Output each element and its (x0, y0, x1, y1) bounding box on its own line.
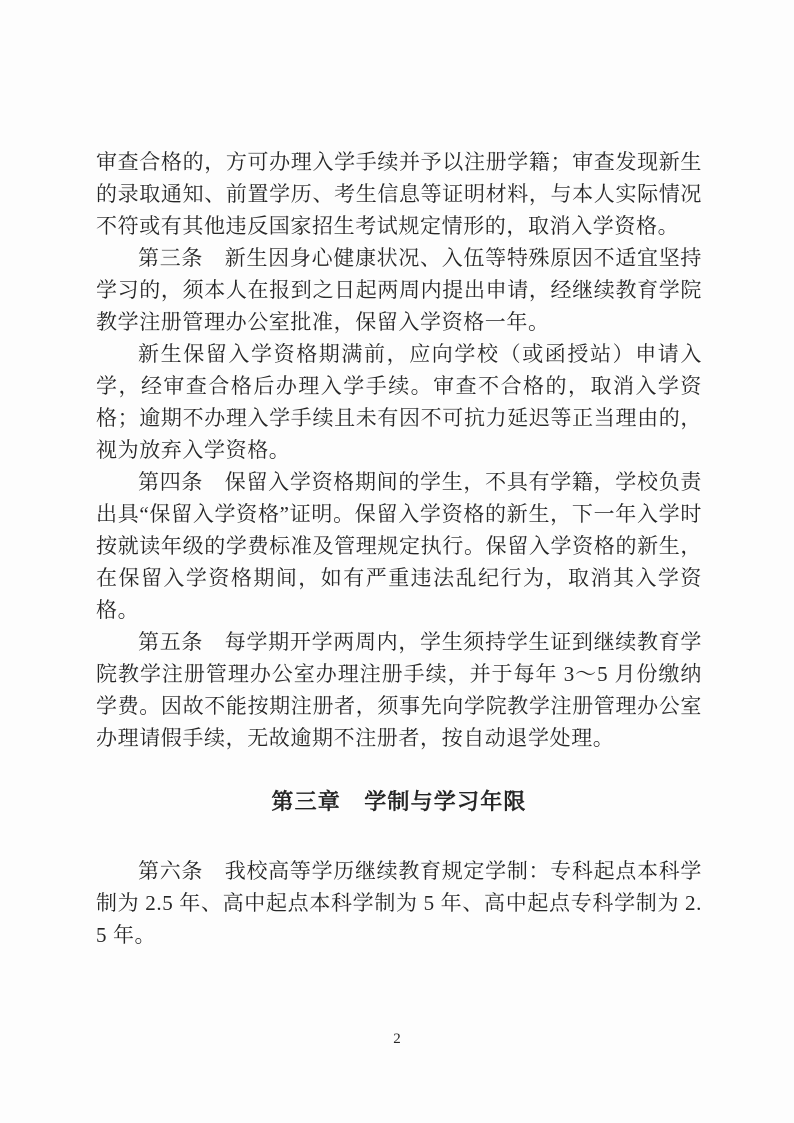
body-paragraph-article-4: 第四条 保留入学资格期间的学生，不具有学籍，学校负责出具“保留入学资格”证明。保… (96, 466, 702, 626)
body-paragraph-article-6: 第六条 我校高等学历继续教育规定学制：专科起点本科学制为 2.5 年、高中起点本… (96, 855, 702, 951)
chapter-heading: 第三章 学制与学习年限 (96, 786, 702, 818)
page-number: 2 (0, 1029, 794, 1049)
body-paragraph-continuation: 审查合格的，方可办理入学手续并予以注册学籍；审查发现新生的录取通知、前置学历、考… (96, 146, 702, 242)
body-paragraph-article-3: 第三条 新生因身心健康状况、入伍等特殊原因不适宜坚持学习的，须本人在报到之日起两… (96, 242, 702, 338)
body-paragraph-article-5: 第五条 每学期开学两周内，学生须持学生证到继续教育学院教学注册管理办公室办理注册… (96, 626, 702, 754)
document-body: 审查合格的，方可办理入学手续并予以注册学籍；审查发现新生的录取通知、前置学历、考… (96, 146, 702, 951)
body-paragraph-article-3-supplement: 新生保留入学资格期满前，应向学校（或函授站）申请入学，经审查合格后办理入学手续。… (96, 338, 702, 466)
document-page: 审查合格的，方可办理入学手续并予以注册学籍；审查发现新生的录取通知、前置学历、考… (0, 0, 794, 1123)
